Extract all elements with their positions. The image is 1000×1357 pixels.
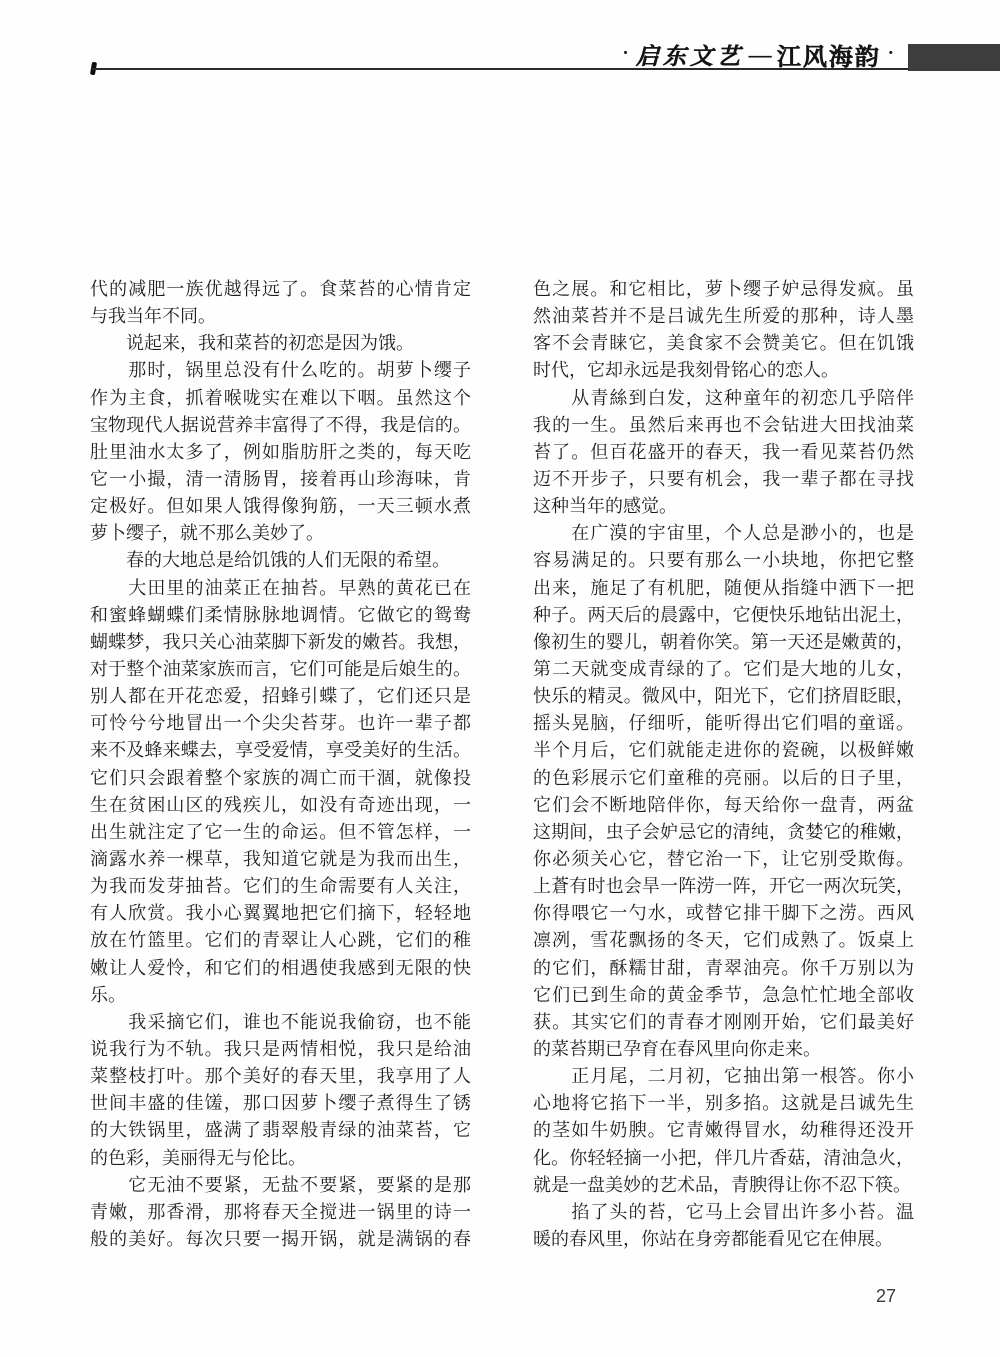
text-line: 在广漠的宇宙里，个人总是渺小的，也是 bbox=[533, 520, 914, 547]
text-line: 然油菜苔并不是吕诚先生所爱的那种，诗人墨 bbox=[533, 303, 914, 330]
text-line: 掐了头的苔，它马上会冒出许多小苔。温 bbox=[533, 1199, 914, 1226]
text-line: 萝卜缨子，就不那么美妙了。 bbox=[90, 520, 471, 547]
header-left-dot-icon: · bbox=[622, 43, 628, 65]
text-line: 客不会青睐它，美食家不会赞美它。但在饥饿 bbox=[533, 330, 914, 357]
text-line: 它无油不要紧，无盐不要紧，要紧的是那 bbox=[90, 1172, 471, 1199]
text-line: 嫩让人爱怜，和它们的相遇使我感到无限的快 bbox=[90, 955, 471, 982]
text-line: 和蜜蜂蝴蝶们柔情脉脉地调情。它做它的鸳鸯 bbox=[90, 602, 471, 629]
text-line: 为我而发芽抽苔。它们的生命需要有人关注， bbox=[90, 873, 471, 900]
text-line: 般的美好。每次只要一揭开锅，就是满锅的春 bbox=[90, 1226, 471, 1253]
text-line: 来不及蜂来蝶去，享受爱情，享受美好的生活。 bbox=[90, 737, 471, 764]
text-line: 暖的春风里，你站在身旁都能看见它在伸展。 bbox=[533, 1226, 914, 1253]
page-number: 27 bbox=[876, 1286, 896, 1307]
text-line: 说我行为不轨。我只是两情相悦，我只是给油 bbox=[90, 1036, 471, 1063]
text-line: 第二天就变成青绿的了。它们是大地的儿女， bbox=[533, 656, 914, 683]
text-line: 迈不开步子，只要有机会，我一辈子都在寻找 bbox=[533, 466, 914, 493]
text-line: 它一小撮，清一清肠胃，接着再山珍海味，肯 bbox=[90, 466, 471, 493]
text-line: 的色彩，美丽得无与伦比。 bbox=[90, 1145, 471, 1172]
text-line: 乐。 bbox=[90, 982, 471, 1009]
text-line: 你必须关心它，替它治一下，让它别受欺侮。 bbox=[533, 846, 914, 873]
header-accent-box bbox=[908, 44, 1000, 71]
text-line: 春的大地总是给饥饿的人们无限的希望。 bbox=[90, 547, 471, 574]
text-line: 它们只会跟着整个家族的凋亡而干涸，就像投 bbox=[90, 765, 471, 792]
text-line: 像初生的婴儿，朝着你笑。第一天还是嫩黄的， bbox=[533, 629, 914, 656]
text-line: 就是一盘美妙的艺术品，青腴得让你不忍下筷。 bbox=[533, 1172, 914, 1199]
text-line: 它们已到生命的黄金季节，急急忙忙地全部收 bbox=[533, 982, 914, 1009]
text-line: 色之展。和它相比，萝卜缨子妒忌得发疯。虽 bbox=[533, 276, 914, 303]
section-title: 江风海韵 bbox=[777, 37, 881, 72]
magazine-title: 启东文艺 bbox=[636, 38, 744, 71]
text-line: 那时，锅里总没有什么吃的。胡萝卜缨子 bbox=[90, 357, 471, 384]
text-line: 蝴蝶梦，我只关心油菜脚下新发的嫩苔。我想， bbox=[90, 629, 471, 656]
text-line: 时代，它却永远是我刻骨铭心的恋人。 bbox=[533, 357, 914, 384]
text-line: 容易满足的。只要有那么一小块地，你把它整 bbox=[533, 547, 914, 574]
text-line: 定极好。但如果人饿得像狗筋，一天三顿水煮 bbox=[90, 493, 471, 520]
text-line: 种子。两天后的晨露中，它便快乐地钻出泥土， bbox=[533, 602, 914, 629]
text-line: 这期间，虫子会妒忌它的清纯，贪婪它的稚嫩， bbox=[533, 819, 914, 846]
text-line: 放在竹篮里。它们的青翠让人心跳，它们的稚 bbox=[90, 927, 471, 954]
text-line: 出生就注定了它一生的命运。但不管怎样，一 bbox=[90, 819, 471, 846]
text-line: 大田里的油菜正在抽苔。早熟的黄花已在 bbox=[90, 575, 471, 602]
text-line: 与我当年不同。 bbox=[90, 303, 471, 330]
text-line: 化。你轻轻摘一小把，伴几片香菇，清油急火， bbox=[533, 1145, 914, 1172]
text-line: 上蒼有时也会旱一阵涝一阵，开它一两次玩笑， bbox=[533, 873, 914, 900]
text-line: 凛冽，雪花飘扬的冬天，它们成熟了。饭桌上 bbox=[533, 927, 914, 954]
text-line: 出来，施足了有机肥，随便从指缝中洒下一把 bbox=[533, 575, 914, 602]
text-line: 青嫩，那香滑，那将春天全搅进一锅里的诗一 bbox=[90, 1199, 471, 1226]
text-line: 它们会不断地陪伴你，每天给你一盘青，两盆绿。 bbox=[533, 792, 914, 819]
text-line: 半个月后，它们就能走进你的瓷碗，以极鲜嫩 bbox=[533, 737, 914, 764]
text-line: 的菜苔期已孕育在春风里向你走来。 bbox=[533, 1036, 914, 1063]
header-right-dot-icon: · bbox=[888, 43, 894, 65]
text-line: 可怜兮兮地冒出一个尖尖苔芽。也许一辈子都 bbox=[90, 710, 471, 737]
text-line: 生在贫困山区的残疾儿，如没有奇迹出现，一 bbox=[90, 792, 471, 819]
text-line: 从青絲到白发，这种童年的初恋几乎陪伴 bbox=[533, 385, 914, 412]
text-line: 别人都在开花恋爱，招蜂引蝶了，它们还只是 bbox=[90, 683, 471, 710]
text-line: 获。其实它们的青春才刚刚开始，它们最美好 bbox=[533, 1009, 914, 1036]
text-line: 宝物现代人据说营养丰富得了不得，我是信的。 bbox=[90, 412, 471, 439]
text-line: 快乐的精灵。微风中，阳光下，它们挤眉眨眼， bbox=[533, 683, 914, 710]
text-line: 我的一生。虽然后来再也不会钻进大田找油菜 bbox=[533, 412, 914, 439]
text-line: 世间丰盛的佳馐，那口因萝卜缨子煮得生了锈 bbox=[90, 1090, 471, 1117]
text-line: 肚里油水太多了，例如脂肪肝之类的，每天吃 bbox=[90, 439, 471, 466]
text-line: 心地将它掐下一半，别多掐。这就是吕诚先生 bbox=[533, 1090, 914, 1117]
text-line: 正月尾，二月初，它抽出第一根答。你小 bbox=[533, 1063, 914, 1090]
page-header: · 启东文艺 — 江风海韵 · bbox=[622, 37, 894, 72]
text-line: 作为主食，抓着喉咙实在难以下咽。虽然这个 bbox=[90, 385, 471, 412]
column-left: 代的减肥一族优越得远了。食菜苔的心情肯定与我当年不同。 说起来，我和菜苔的初恋是… bbox=[90, 276, 471, 1253]
text-line: 代的减肥一族优越得远了。食菜苔的心情肯定 bbox=[90, 276, 471, 303]
header-dash: — bbox=[749, 42, 772, 68]
magazine-page: · 启东文艺 — 江风海韵 · 代的减肥一族优越得远了。食菜苔的心情肯定与我当年… bbox=[0, 0, 1000, 1357]
column-right: 色之展。和它相比，萝卜缨子妒忌得发疯。虽然油菜苔并不是吕诚先生所爱的那种，诗人墨… bbox=[533, 276, 914, 1253]
text-line: 说起来，我和菜苔的初恋是因为饿。 bbox=[90, 330, 471, 357]
text-line: 你得喂它一勺水，或替它排干脚下之涝。西风 bbox=[533, 900, 914, 927]
text-line: 的茎如牛奶腴。它青嫩得冒水，幼稚得还没开 bbox=[533, 1117, 914, 1144]
text-line: 这种当年的感觉。 bbox=[533, 493, 914, 520]
text-line: 我采摘它们，谁也不能说我偷窃，也不能 bbox=[90, 1009, 471, 1036]
text-line: 菜整枝打叶。那个美好的春天里，我享用了人 bbox=[90, 1063, 471, 1090]
text-line: 的色彩展示它们童稚的亮丽。以后的日子里， bbox=[533, 765, 914, 792]
text-line: 滴露水养一棵草，我知道它就是为我而出生， bbox=[90, 846, 471, 873]
text-line: 对于整个油菜家族而言，它们可能是后娘生的。 bbox=[90, 656, 471, 683]
text-line: 的它们，酥糯甘甜，青翠油亮。你千万别以为 bbox=[533, 955, 914, 982]
text-line: 的大铁锅里，盛满了翡翠般青绿的油菜苔，它 bbox=[90, 1117, 471, 1144]
text-line: 苔了。但百花盛开的春天，我一看见菜苔仍然 bbox=[533, 439, 914, 466]
text-line: 摇头晃脑，仔细听，能听得出它们唱的童谣。 bbox=[533, 710, 914, 737]
text-line: 有人欣赏。我小心翼翼地把它们摘下，轻轻地 bbox=[90, 900, 471, 927]
